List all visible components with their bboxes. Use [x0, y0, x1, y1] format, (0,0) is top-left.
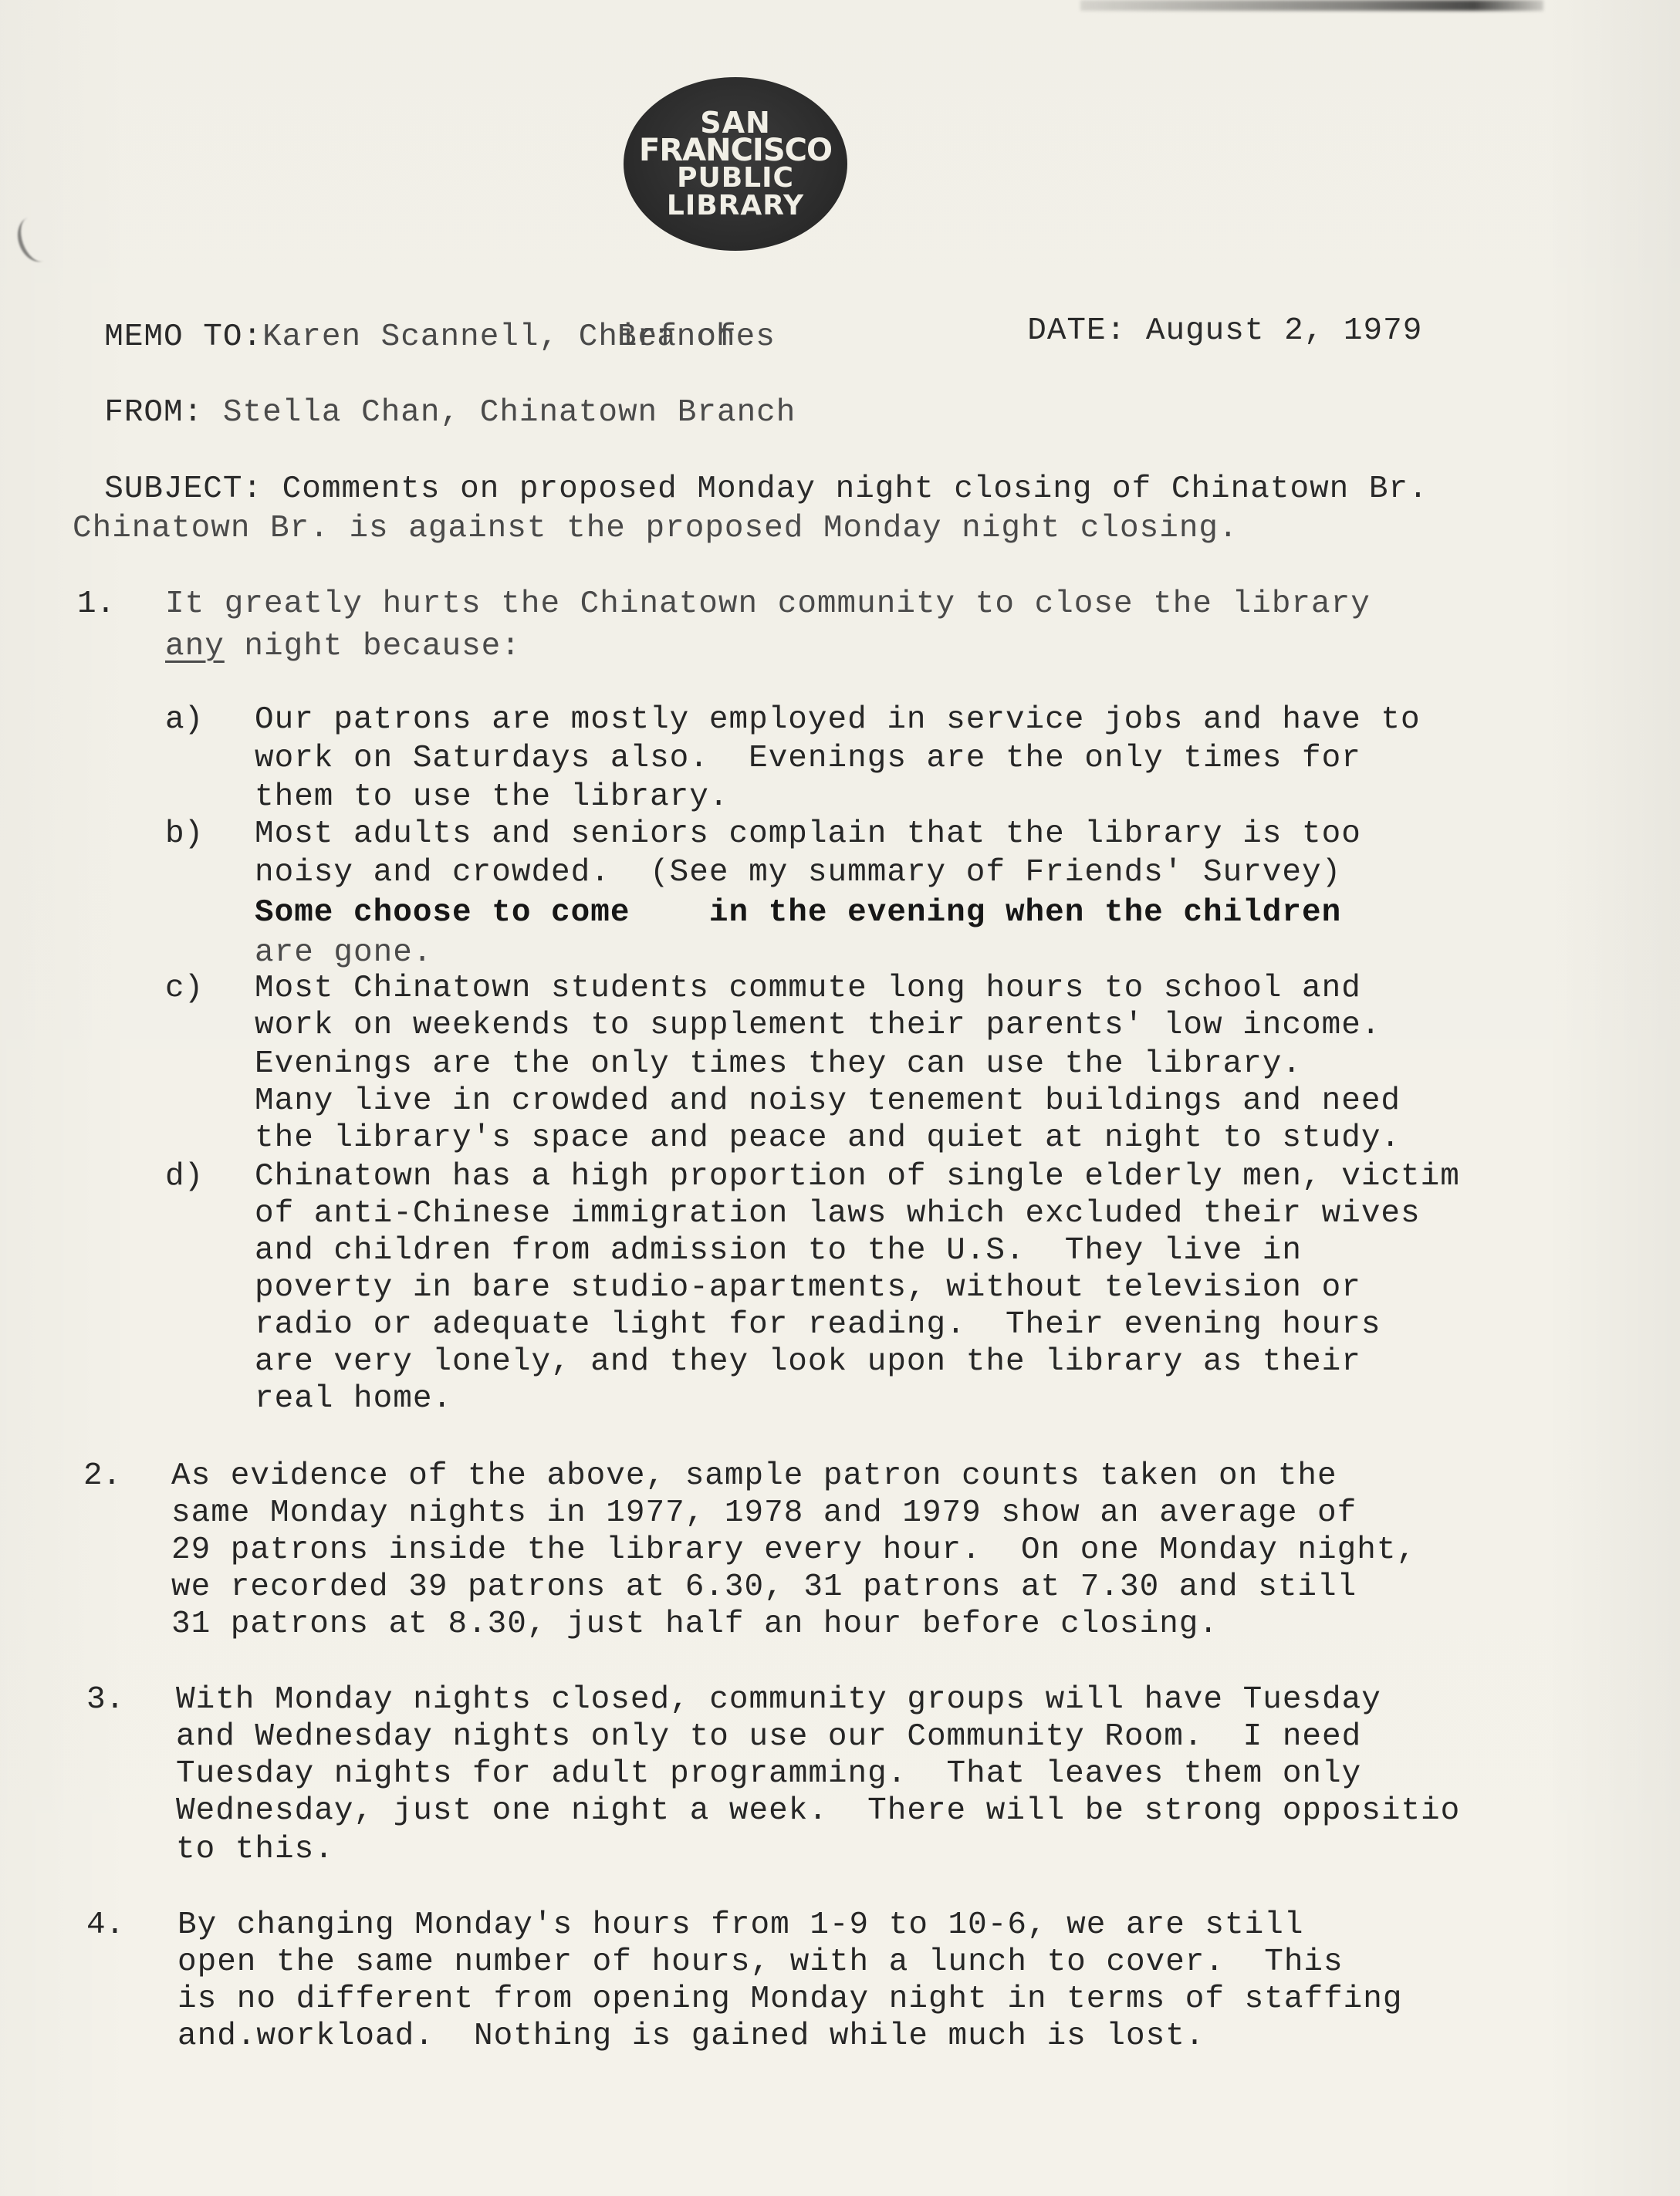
point-line: and.workload. Nothing is gained while mu…	[177, 2019, 1205, 2054]
point-line: we recorded 39 patrons at 6.30, 31 patro…	[171, 1569, 1357, 1605]
subpoint-line: Most adults and seniors complain that th…	[255, 816, 1361, 852]
logo-line: LIBRARY	[667, 192, 804, 220]
subpoint-line: work on Saturdays also. Evenings are the…	[255, 741, 1361, 776]
point-line: It greatly hurts the Chinatown community…	[165, 586, 1371, 622]
scan-smudge	[1080, 0, 1543, 11]
logo-line: PUBLIC	[677, 164, 794, 192]
subpoint-line: poverty in bare studio-apartments, witho…	[255, 1270, 1361, 1306]
memo-to-value-cont: Branches	[617, 319, 776, 355]
subpoint-line: and children from admission to the U.S. …	[255, 1233, 1302, 1269]
subpoint-line: of anti-Chinese immigration laws which e…	[255, 1196, 1421, 1231]
point-line: By changing Monday's hours from 1-9 to 1…	[177, 1907, 1303, 1943]
date-label: DATE:	[1027, 313, 1126, 349]
subpoint-line: Evenings are the only times they can use…	[255, 1046, 1302, 1082]
subpoint-line: Most Chinatown students commute long hou…	[255, 971, 1361, 1006]
point-line: With Monday nights closed, community gro…	[176, 1682, 1381, 1718]
point-number: 4.	[86, 1907, 124, 1943]
intro-statement: Chinatown Br. is against the proposed Mo…	[73, 511, 1239, 546]
date-value: August 2, 1979	[1146, 313, 1422, 349]
from-label: FROM:	[104, 395, 203, 431]
subpoint-line: them to use the library.	[255, 779, 729, 815]
from-value: Stella Chan, Chinatown Branch	[223, 395, 796, 431]
subpoint-line: the library's space and peace and quiet …	[255, 1120, 1401, 1156]
point-line: same Monday nights in 1977, 1978 and 197…	[171, 1495, 1357, 1531]
point-line: As evidence of the above, sample patron …	[171, 1458, 1337, 1494]
edge-mark	[12, 211, 60, 267]
point-line: is no different from opening Monday nigh…	[177, 1981, 1402, 2017]
library-logo: SAN FRANCISCO PUBLIC LIBRARY	[624, 77, 847, 251]
point-line: 31 patrons at 8.30, just half an hour be…	[171, 1606, 1219, 1642]
point-number: 2.	[83, 1458, 121, 1494]
subpoint-letter: d)	[165, 1159, 203, 1194]
subject-value: Comments on proposed Monday night closin…	[282, 471, 1428, 507]
point-line-rest: night because:	[244, 629, 520, 664]
subpoint-line: Chinatown has a high proportion of singl…	[255, 1159, 1460, 1194]
subpoint-letter: c)	[165, 971, 203, 1006]
point-line: 29 patrons inside the library every hour…	[171, 1532, 1416, 1568]
date-row: DATE: August 2, 1979	[988, 278, 1422, 349]
point-line: open the same number of hours, with a lu…	[177, 1944, 1344, 1980]
subpoint-line: are very lonely, and they look upon the …	[255, 1344, 1361, 1380]
subpoint-letter: b)	[165, 816, 203, 852]
subpoint-line: real home.	[255, 1381, 452, 1417]
point-line: Tuesday nights for adult programming. Th…	[176, 1756, 1361, 1792]
point-number: 1.	[77, 586, 115, 622]
point-line: and Wednesday nights only to use our Com…	[176, 1719, 1361, 1755]
subpoint-line: are gone.	[255, 935, 432, 971]
point-number: 3.	[86, 1682, 124, 1718]
subpoint-line: Some choose to come in the evening when …	[255, 895, 1341, 931]
from-row: FROM: Stella Chan, Chinatown Branch	[65, 360, 796, 431]
subpoint-line: radio or adequate light for reading. The…	[255, 1307, 1381, 1343]
subpoint-line: Our patrons are mostly employed in servi…	[255, 702, 1421, 738]
logo-line: FRANCISCO	[639, 137, 832, 164]
subject-row: SUBJECT: Comments on proposed Monday nig…	[65, 436, 1428, 507]
subpoint-line: noisy and crowded. (See my summary of Fr…	[255, 855, 1341, 890]
subpoint-line: work on weekends to supplement their par…	[255, 1008, 1381, 1043]
subject-label: SUBJECT:	[104, 471, 262, 507]
memo-to-label: MEMO TO:	[104, 319, 262, 355]
subpoint-line: Many live in crowded and noisy tenement …	[255, 1083, 1401, 1119]
emphasis-any: any	[165, 629, 225, 664]
point-line: any night because:	[165, 629, 521, 664]
subpoint-letter: a)	[165, 702, 203, 738]
point-line: Wednesday, just one night a week. There …	[176, 1793, 1460, 1829]
point-line: to this.	[176, 1832, 334, 1867]
